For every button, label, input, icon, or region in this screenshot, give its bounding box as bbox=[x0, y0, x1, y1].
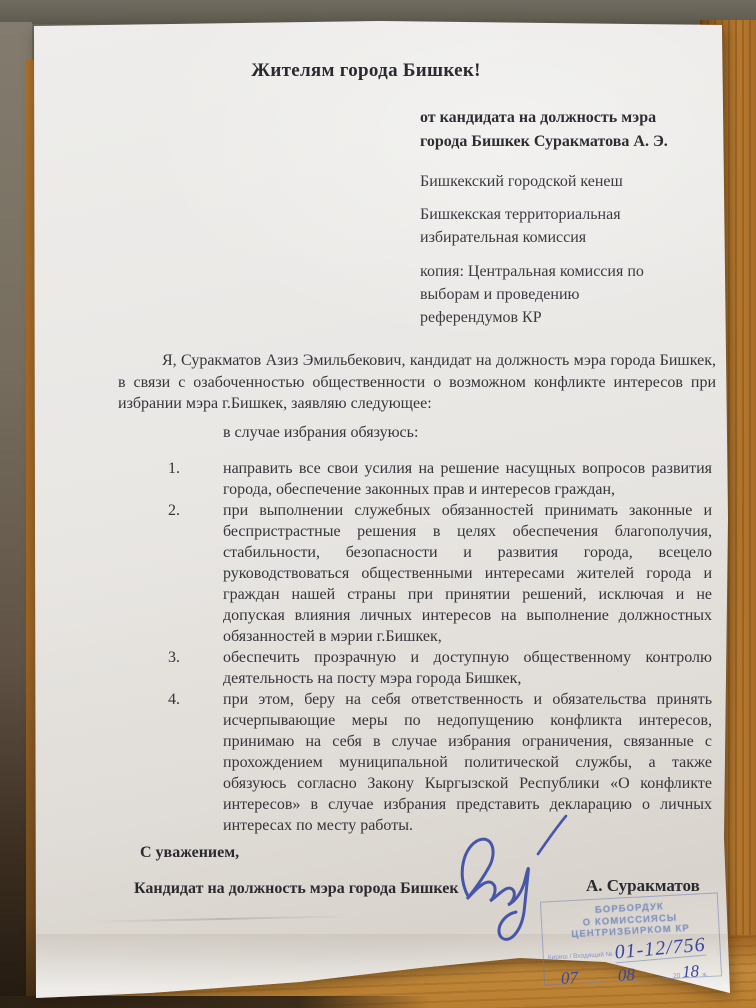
pledge-number: 4. bbox=[168, 689, 223, 710]
pledge-text: направить все свои усилия на решение нас… bbox=[223, 458, 712, 500]
paper-sheet: Жителям города Бишкек! от кандидата на д… bbox=[30, 18, 730, 1006]
stamp-number-label: Кириш / Входящий № bbox=[548, 950, 613, 964]
document-title: Жителям города Бишкек! bbox=[16, 60, 716, 82]
addressee-copy-central-commission: копия: Центральная комиссия по выборам и… bbox=[420, 260, 720, 329]
stamp-date-year: 18 bbox=[682, 961, 700, 982]
signatory-title: Кандидат на должность мэра города Бишкек bbox=[134, 880, 459, 898]
paper-sheet-wrap: Жителям города Бишкек! от кандидата на д… bbox=[30, 18, 730, 1006]
photo-scene: Жителям города Бишкек! от кандидата на д… bbox=[0, 0, 756, 1008]
pledge-lead: в случае избрания обязуюсь: bbox=[223, 424, 418, 442]
signatory-name: А. Суракматов bbox=[586, 876, 700, 896]
stamp-year-suffix: ж. bbox=[702, 971, 709, 978]
sender-block: от кандидата на должность мэра города Би… bbox=[420, 106, 710, 154]
pledge-item: 1. направить все свои усилия на решение … bbox=[168, 458, 724, 500]
stamp-number-value: 01-12/756 bbox=[614, 934, 707, 963]
pledge-number: 1. bbox=[168, 458, 223, 479]
intro-paragraph: Я, Суракматов Азиз Эмильбекович, кандида… bbox=[118, 350, 716, 415]
pledge-text: обеспечить прозрачную и доступную общест… bbox=[223, 647, 712, 689]
addressee-territorial-commission: Бишкекская территориальная избирательная… bbox=[420, 203, 720, 249]
stamp-date-month: 08 bbox=[617, 964, 635, 985]
closing-salutation: С уважением, bbox=[140, 844, 239, 862]
pledge-item: 4. при этом, беру на себя ответственност… bbox=[168, 689, 724, 836]
stamp-year-prefix: 20 bbox=[673, 972, 681, 979]
pledge-number: 2. bbox=[168, 500, 223, 521]
pledge-item: 2. при выполнении служебных обязанностей… bbox=[168, 500, 724, 647]
document-body: Жителям города Бишкек! от кандидата на д… bbox=[30, 18, 730, 1006]
pledge-item: 3. обеспечить прозрачную и доступную общ… bbox=[168, 647, 724, 689]
pledge-list: 1. направить все свои усилия на решение … bbox=[168, 458, 724, 836]
pledge-text: при выполнении служебных обязанностей пр… bbox=[223, 500, 712, 647]
addressee-city-kenesh: Бишкекский городской кенеш bbox=[420, 170, 720, 193]
stamp-date-day: 07 bbox=[560, 967, 578, 988]
signature-ink bbox=[452, 808, 580, 950]
pledge-number: 3. bbox=[168, 647, 223, 668]
